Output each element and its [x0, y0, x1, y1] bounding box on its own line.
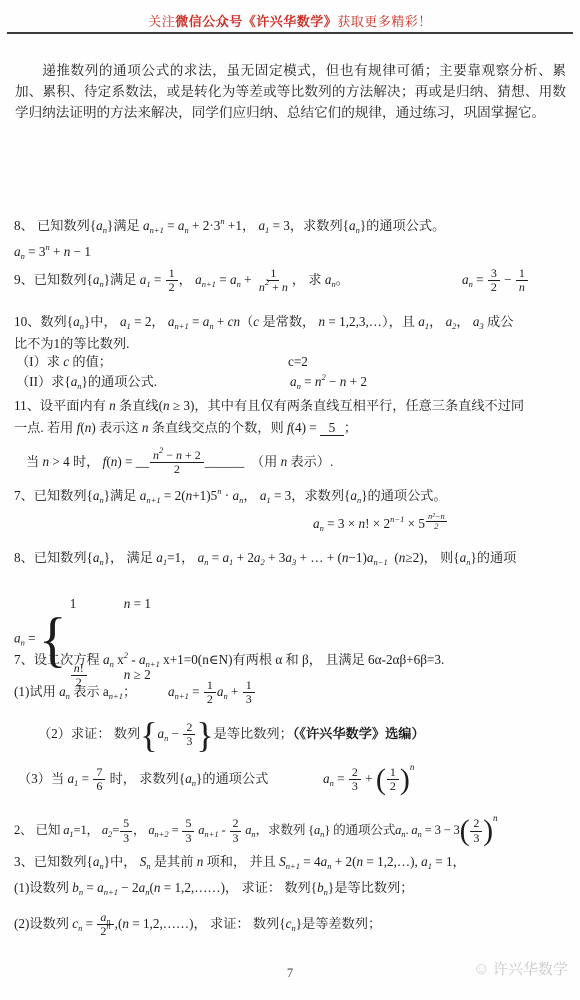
header-brand: 微信公众号《许兴华数学》 — [175, 14, 337, 29]
problem-11-answer-line: 当 n > 4 时， f(n) = __n2 − n + 22______ （用… — [26, 444, 333, 480]
problem-3-part2: (2)设数列 cn = an2n,(n = 1,2,……)， 求证： 数列{cn… — [14, 904, 381, 944]
problem-3-statement: 3、已知数列{an}中， Sn 是其前 n 项和， 并且 Sn+1 = 4an … — [14, 852, 466, 872]
header-prefix: 关注 — [148, 14, 175, 29]
problem-11-statement-line2: 一点. 若用 f(n) 表示这 n 条直线交点的个数，则 f(4) = 5 ； — [14, 418, 357, 438]
problem-10-part2-answer: an = n2 − n + 2 — [290, 372, 367, 392]
problem-10-part1-answer: c=2 — [288, 352, 308, 372]
problem-7a-statement: 7、已知数列{an}满足 an+1 = 2(n+1)5n · an， a1 = … — [14, 486, 447, 506]
problem-11-statement-line1: 11、设平面内有 n 条直线(n ≥ 3)，其中有且仅有两条直线互相平行，任意三… — [14, 396, 524, 416]
watermark-text: 许兴华数学 — [493, 958, 568, 979]
problem-7a-answer: an = 3 × n! × 2n−1 × 5n²−n2 — [313, 506, 447, 542]
worksheet-page: 关注微信公众号《许兴华数学》获取更多精彩！ 递推数列的通项公式的求法，虽无固定模… — [0, 0, 580, 1000]
problem-10-part1: （I）求 c 的值； — [16, 352, 112, 372]
problem-9-statement: 9、已知数列{an}满足 a1 = 12， an+1 = an + 1n2 + … — [14, 262, 349, 298]
problem-10-statement-line1: 10、数列{an}中， a1 = 2， an+1 = an + cn（c 是常数… — [14, 312, 513, 332]
problem-7b-part2: （2）求证： 数列{an − 23}是等比数列；（《许兴华数学》选编） — [38, 712, 425, 756]
problem-3-part1: (1)设数列 bn = an+1 − 2an(n = 1,2,……)， 求证： … — [14, 878, 413, 898]
problem-7b-part1: (1)试用 an 表示 an+1； — [14, 674, 136, 710]
problem-8-answer: an = 3n + n − 1 — [14, 242, 91, 262]
page-header: 关注微信公众号《许兴华数学》获取更多精彩！ — [0, 11, 580, 30]
problem-2-statement: 2、 已知 a1=1， a2=53， an+2 = 53 an+1 - 23 a… — [14, 808, 497, 853]
intro-paragraph: 递推数列的通项公式的求法，虽无固定模式，但也有规律可循；主要靠观察分析、累加、累… — [15, 60, 566, 123]
header-divider — [7, 32, 573, 34]
problem-7b-statement: 7、设二次方程 an x2 - an+1 x+1=0(n∈N)有两根 α 和 β… — [14, 650, 444, 670]
problem-7b-part3-answer: an = 23 + (12)n — [323, 758, 414, 801]
header-suffix: 获取更多精彩！ — [337, 14, 432, 29]
watermark: ☺ 许兴华数学 — [473, 958, 568, 979]
problem-7b-part1-answer: an+1 = 12an + 13 — [168, 674, 256, 710]
problem-9-answer: an = 32 − 1n — [462, 262, 529, 298]
problem-8b-statement: 8、已知数列{an}， 满足 a1=1， an = a1 + 2a2 + 3a3… — [14, 548, 516, 568]
problem-8-statement: 8、 已知数列{an}满足 an+1 = an + 2·3n +1， a1 = … — [14, 216, 445, 236]
problem-10-statement-line2: 比不为1的等比数列. — [14, 334, 129, 354]
problem-7b-part3: （3）当 a1 = 76 时， 求数列{an}的通项公式 — [18, 758, 268, 800]
smiley-face-icon: ☺ — [473, 959, 490, 979]
problem-10-part2: （II）求{an}的通项公式. — [16, 372, 157, 392]
